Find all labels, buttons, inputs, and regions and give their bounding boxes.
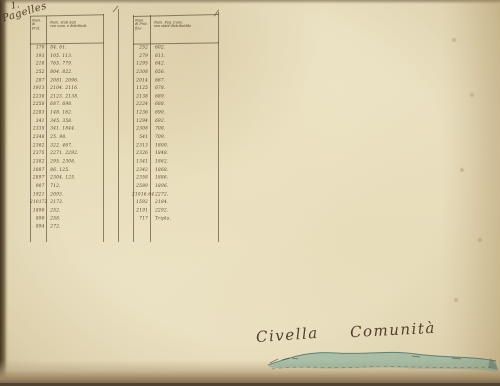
row-number-cell: 193	[30, 53, 45, 58]
table-row: 17084. 61.	[30, 45, 107, 53]
row-value-cell: 2304. 125.	[50, 175, 76, 180]
table-row: 279611.	[132, 53, 216, 61]
row-value-cell: 2081. 2096.	[50, 78, 78, 83]
row-value-cell: 84. 61.	[50, 45, 67, 50]
table-row: 218765. 779.	[30, 61, 107, 69]
right-table-rows: 252602.279611.1295642.2308656.2014667.11…	[132, 45, 216, 224]
row-value-cell: 678.	[155, 86, 165, 91]
row-number-cell: 2326	[132, 151, 148, 156]
row-number-cell: 2191	[132, 208, 148, 213]
right-table-col2-header: Num. Pag. Cons. son state distributtile	[154, 21, 191, 29]
row-number-cell: 2308	[132, 126, 148, 131]
row-number-cell: 2375	[30, 151, 45, 156]
row-number-cell: 341	[30, 118, 45, 123]
table-row: 19212093.	[30, 192, 107, 200]
row-value-cell: 642.	[155, 61, 165, 66]
row-value-cell: 687. 698.	[50, 102, 73, 107]
row-value-cell: 1848.	[155, 151, 168, 156]
row-value-cell: 688.	[155, 102, 165, 107]
table-row: 2283148. 162.	[30, 110, 107, 118]
row-value-cell: 689.	[155, 94, 165, 99]
table-row: 2138689.	[132, 94, 216, 102]
table-row: 188786. 125.	[30, 167, 107, 175]
row-value-cell: 2123. 2138.	[50, 94, 78, 99]
table-row: 541709.	[132, 135, 216, 143]
row-number-cell: 2258	[30, 102, 45, 107]
row-value-cell: 656.	[155, 69, 165, 74]
table-row: 2335341. 1844.	[30, 126, 107, 134]
left-margin-rule	[118, 9, 119, 242]
row-number-cell: 1295	[132, 61, 148, 66]
right-table-right-rule	[218, 12, 219, 242]
row-number-cell: 1125	[132, 86, 148, 91]
row-value-cell: 667.	[155, 78, 165, 83]
row-value-cell: 258.	[50, 216, 60, 221]
row-value-cell: 804. 822.	[50, 69, 73, 74]
table-row: 1125678.	[132, 86, 216, 94]
right-foxing-band	[442, 0, 500, 386]
table-row: 2014667.	[132, 78, 216, 86]
row-number-cell: 21016.64	[132, 192, 148, 197]
header-line: Prot.	[32, 27, 42, 31]
row-number-cell: 279	[132, 53, 148, 58]
table-row: 1294692.	[132, 118, 216, 126]
table-row: 2224688.	[132, 102, 216, 110]
table-row: 341345. 358.	[30, 118, 107, 126]
header-line: fine	[135, 27, 148, 31]
table-row: 21016.642272.	[132, 192, 216, 200]
row-number-cell: 2897	[30, 175, 45, 180]
row-number-cell: 907	[30, 184, 45, 189]
row-value-cell: 692.	[155, 118, 165, 123]
table-row: 23261848.	[132, 151, 216, 159]
row-value-cell: 2271. 2292.	[50, 151, 78, 156]
row-value-cell: 86. 125.	[50, 167, 70, 172]
row-value-cell: 712.	[50, 184, 60, 189]
row-number-cell: 1921	[30, 192, 45, 197]
row-number-cell: 1890	[30, 208, 45, 213]
table-row: 1236690.	[132, 110, 216, 118]
table-row: 15922184.	[132, 200, 216, 208]
row-number-cell: 2589	[132, 184, 148, 189]
row-value-cell: 2093.	[50, 192, 63, 197]
row-number-cell: 2224	[132, 102, 148, 107]
row-number-cell: 1592	[132, 200, 148, 205]
row-value-cell: Tripla.	[155, 216, 171, 221]
row-value-cell: 252.	[50, 208, 60, 213]
row-value-cell: 2104. 2116.	[50, 86, 78, 91]
table-row: 21912292.	[132, 208, 216, 216]
row-value-cell: 341. 1844.	[50, 126, 76, 131]
table-row: 2382295. 2308.	[30, 159, 107, 167]
top-edge-shadow	[0, 0, 500, 4]
row-value-cell: 345. 358.	[50, 118, 73, 123]
table-row: 2101722173.	[30, 200, 107, 208]
table-row: 907712.	[30, 184, 107, 192]
row-number-cell: 2335	[30, 126, 45, 131]
row-number-cell: 1913	[30, 86, 45, 91]
table-row: 1890252.	[30, 208, 107, 216]
row-value-cell: 1862.	[155, 159, 168, 164]
row-number-cell: 1341	[132, 159, 148, 164]
table-row: 890258.	[30, 216, 107, 224]
left-binding-shadow	[0, 0, 9, 386]
row-number-cell: 2138	[132, 94, 148, 99]
table-row: 23752271. 2292.	[30, 151, 107, 159]
table-row: 2362322. 467.	[30, 143, 107, 151]
row-number-cell: 2358	[132, 175, 148, 180]
table-row: 2308656.	[132, 69, 216, 77]
table-row: 23581886.	[132, 175, 216, 183]
row-number-cell: 1294	[132, 118, 148, 123]
row-value-cell: 1896.	[155, 184, 168, 189]
row-value-cell: 765. 779.	[50, 61, 73, 66]
table-row: 23421868.	[132, 167, 216, 175]
left-table-rows: 17084. 61.193105. 113.218765. 779.252804…	[30, 45, 107, 232]
left-table-col1-header: Num. di Prot.	[32, 19, 42, 31]
table-row: 894272.	[30, 224, 107, 232]
table-row: 717Tripla.	[132, 216, 216, 224]
row-number-cell: 252	[132, 45, 148, 50]
table-row: 1295642.	[132, 61, 216, 69]
row-value-cell: 611.	[155, 53, 165, 58]
row-number-cell: 2313	[132, 143, 148, 148]
row-value-cell: 2292.	[155, 208, 168, 213]
row-number-cell: 717	[132, 216, 148, 221]
river-watercolor-sketch	[262, 336, 500, 382]
row-number-cell: 210172	[30, 200, 45, 205]
table-row: 19132104. 2116.	[30, 86, 107, 94]
row-value-cell: 709.	[155, 135, 165, 140]
table-row: 234825. 98.	[30, 135, 107, 143]
row-number-cell: 890	[30, 216, 45, 221]
row-number-cell: 2014	[132, 78, 148, 83]
row-number-cell: 894	[30, 224, 45, 229]
table-row: 28972304. 125.	[30, 175, 107, 183]
row-number-cell: 2382	[30, 159, 45, 164]
row-value-cell: 272.	[50, 224, 60, 229]
table-row: 13411862.	[132, 159, 216, 167]
right-table-col1-header: Num. di Prot. fine	[135, 19, 148, 31]
table-row: 252804. 822.	[30, 69, 107, 77]
row-value-cell: 1886.	[155, 175, 168, 180]
row-value-cell: 1800.	[155, 143, 168, 148]
row-number-cell: 2362	[30, 143, 45, 148]
row-number-cell: 541	[132, 135, 148, 140]
table-row: 22382123. 2138.	[30, 94, 107, 102]
row-number-cell: 2308	[132, 69, 148, 74]
table-row: 252602.	[132, 45, 216, 53]
row-value-cell: 2184.	[155, 200, 168, 205]
table-row: 193105. 113.	[30, 53, 107, 61]
row-number-cell: 2283	[30, 110, 45, 115]
row-value-cell: 2173.	[50, 200, 63, 205]
row-value-cell: 690.	[155, 110, 165, 115]
table-row: 23131800.	[132, 143, 216, 151]
row-value-cell: 602.	[155, 45, 165, 50]
row-number-cell: 2348	[30, 135, 45, 140]
row-number-cell: 252	[30, 69, 45, 74]
row-value-cell: 105. 113.	[50, 53, 73, 58]
header-line: con num. e distributt.	[50, 25, 87, 29]
row-number-cell: 2342	[132, 167, 148, 172]
row-value-cell: 148. 162.	[50, 110, 73, 115]
row-value-cell: 295. 2308.	[50, 159, 76, 164]
row-number-cell: 218	[30, 61, 45, 66]
row-number-cell: 287	[30, 78, 45, 83]
row-value-cell: 25. 98.	[50, 135, 67, 140]
table-row: 2872081. 2096.	[30, 78, 107, 86]
table-row: 2308708.	[132, 126, 216, 134]
row-value-cell: 708.	[155, 126, 165, 131]
row-value-cell: 1868.	[155, 167, 168, 172]
row-number-cell: 1236	[132, 110, 148, 115]
row-number-cell: 1887	[30, 167, 45, 172]
row-number-cell: 170	[30, 45, 45, 50]
row-number-cell: 2238	[30, 94, 45, 99]
row-value-cell: 322. 467.	[50, 143, 73, 148]
table-row: 25891896.	[132, 184, 216, 192]
left-table-col2-header: Num. stati dati con num. e distributt.	[50, 21, 87, 29]
header-line: son state distributtile	[154, 25, 191, 29]
row-value-cell: 2272.	[155, 192, 168, 197]
table-row: 2258687. 698.	[30, 102, 107, 110]
